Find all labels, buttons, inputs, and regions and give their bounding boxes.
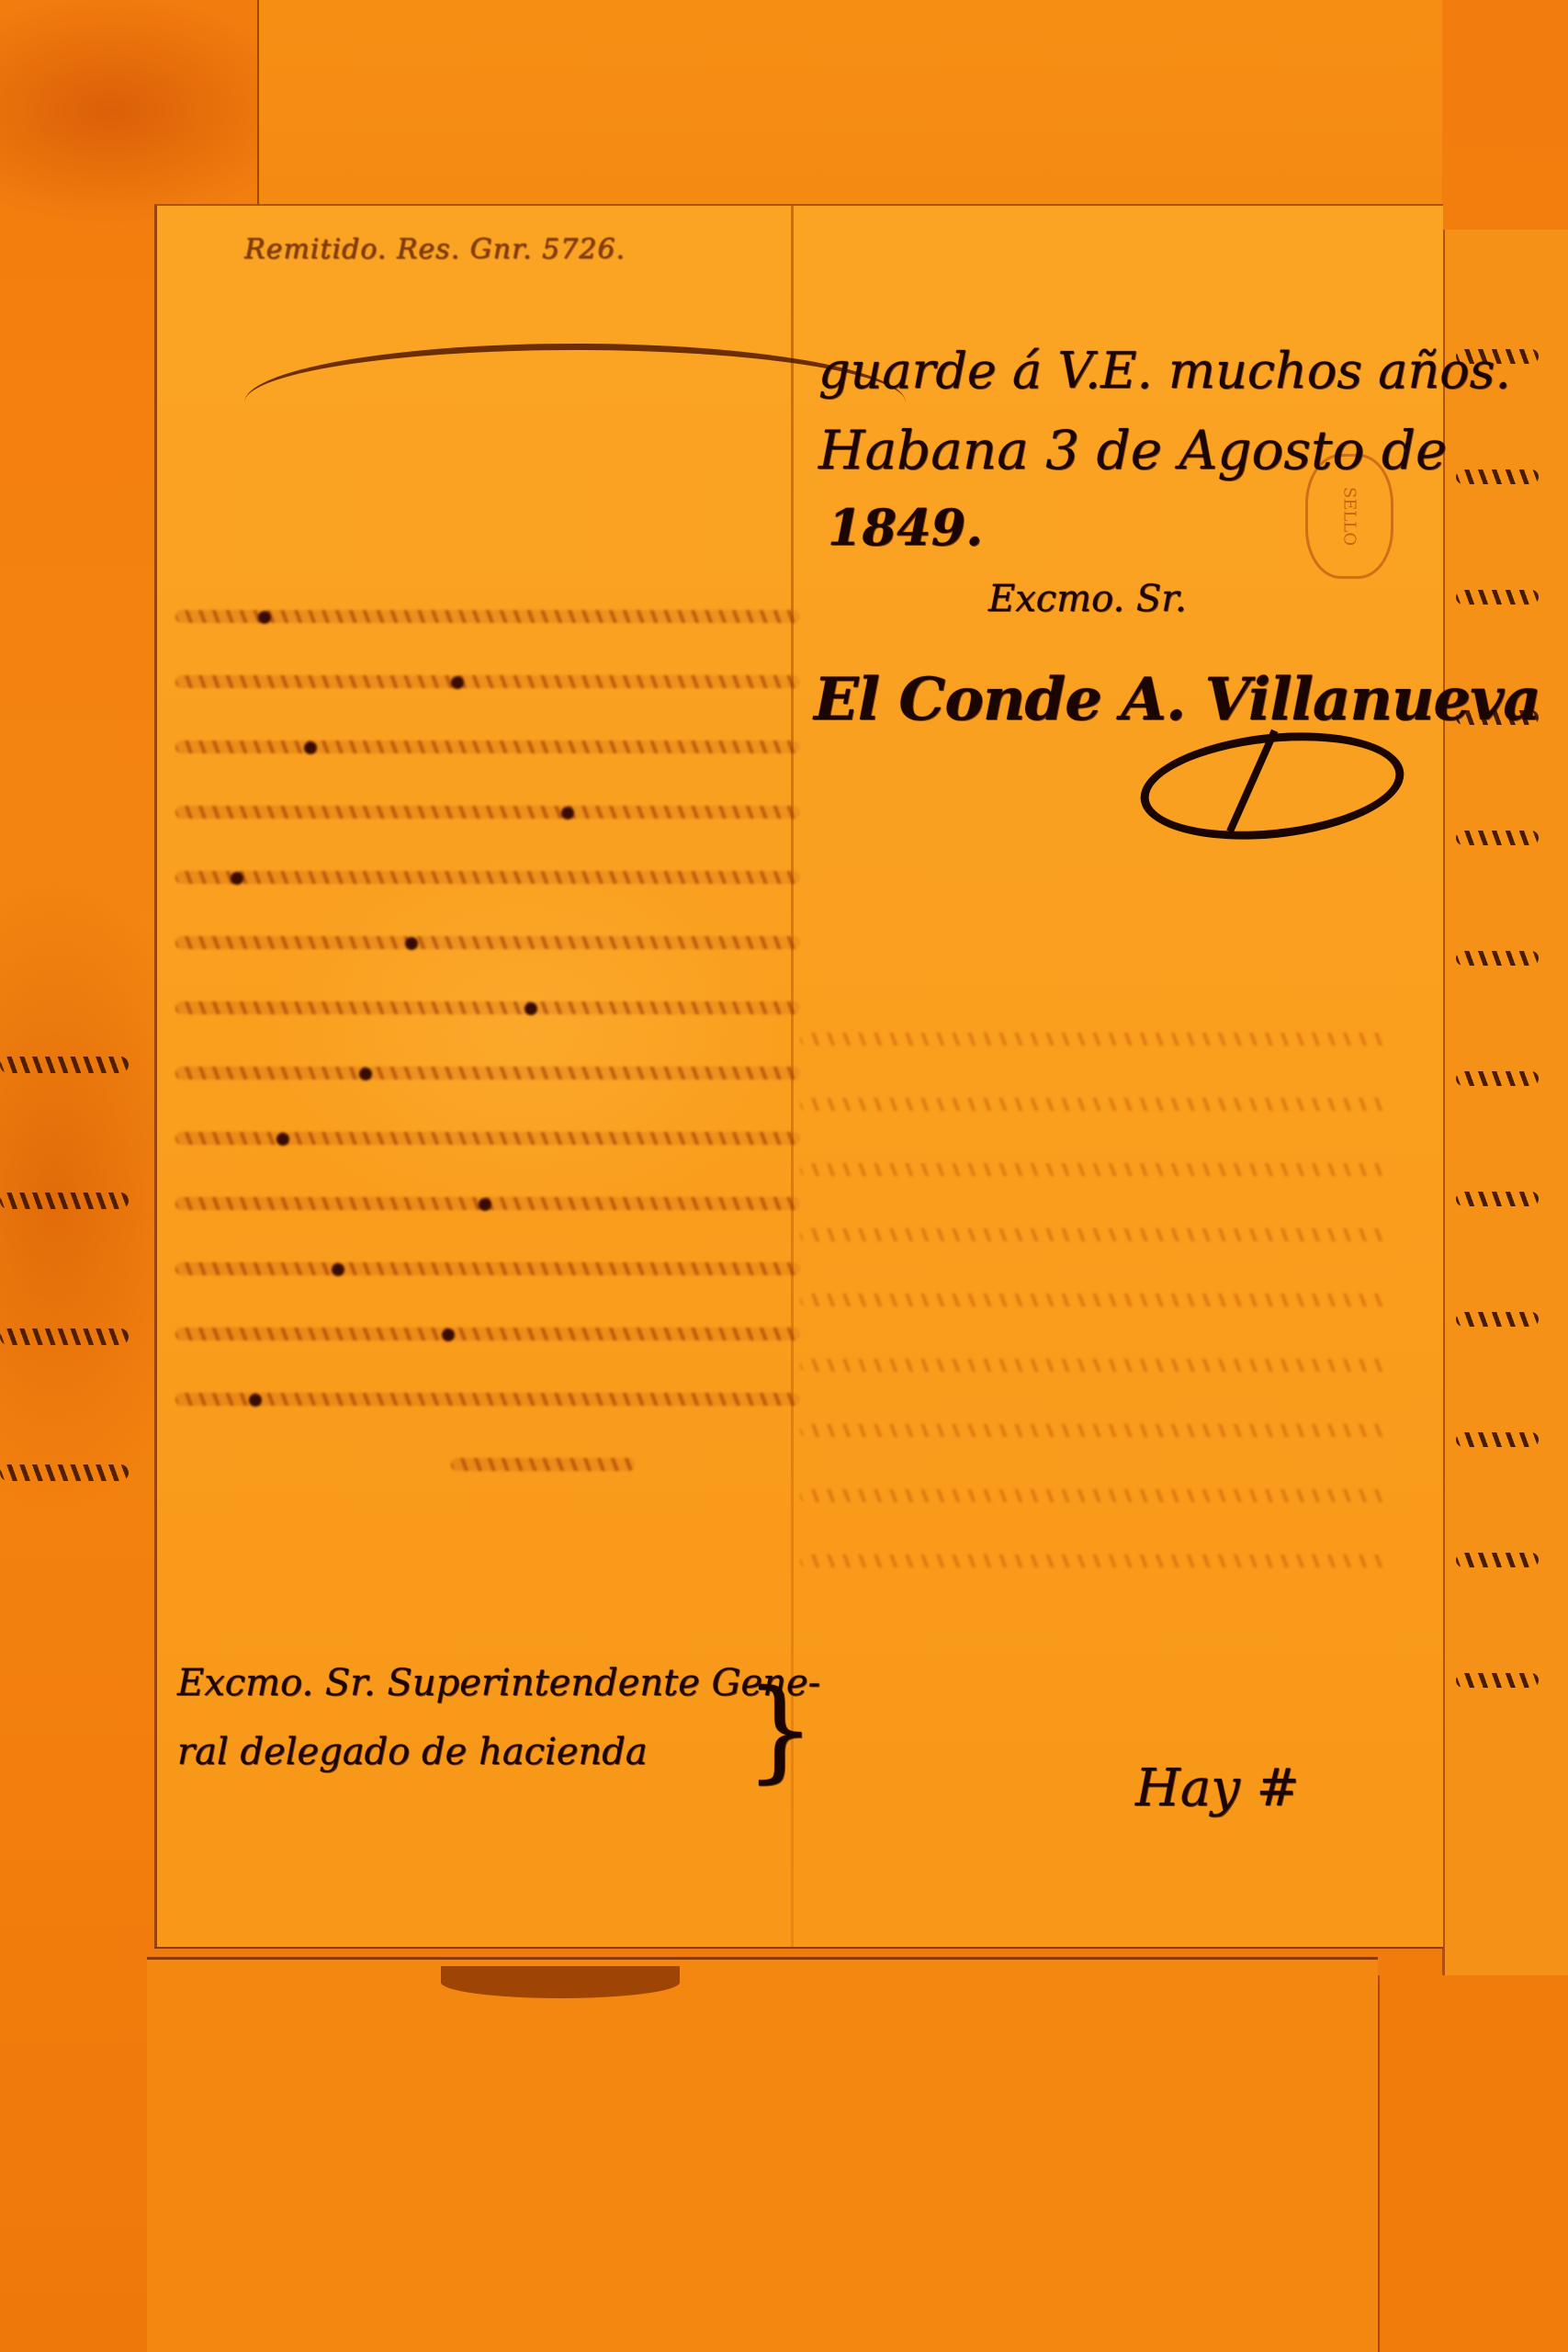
closing-line-1: guarde á V.E. muchos años. [818, 342, 1511, 400]
left-sheet-text-fragments [0, 1057, 147, 1600]
underlying-sheet-top [257, 0, 1442, 207]
closing-line-2-place-date: Habana 3 de Agosto de [818, 419, 1447, 481]
addressee-line-2: ral delegado de hacienda [177, 1731, 648, 1773]
addressee-brace: } [745, 1676, 815, 1786]
signature-rubric-flourish [1135, 720, 1409, 851]
bleed-through-text-right [800, 1033, 1388, 1620]
right-sheet-text-fragments [1456, 349, 1566, 1793]
header-note: Remitido. Res. Gnr. 5726. [244, 233, 626, 266]
letter-page: SELLO Remitido. Res. Gnr. 5726. guarde á… [154, 204, 1443, 1947]
header-flourish [244, 344, 906, 414]
underlying-sheet-bottom-right [1378, 1975, 1568, 2352]
signature: El Conde A. Villanueva [814, 665, 1540, 734]
closing-line-3-year: 1849. [828, 498, 983, 557]
marginal-note: Hay # [1135, 1758, 1300, 1818]
bleed-through-text-left [175, 610, 800, 1523]
salutation: Excmo. Sr. [988, 578, 1187, 620]
ink-stain-bottom-edge [441, 1966, 680, 1998]
underlying-sheet-bottom [147, 1957, 1378, 2352]
addressee-line-1: Excmo. Sr. Superintendente Gene- [177, 1662, 820, 1704]
